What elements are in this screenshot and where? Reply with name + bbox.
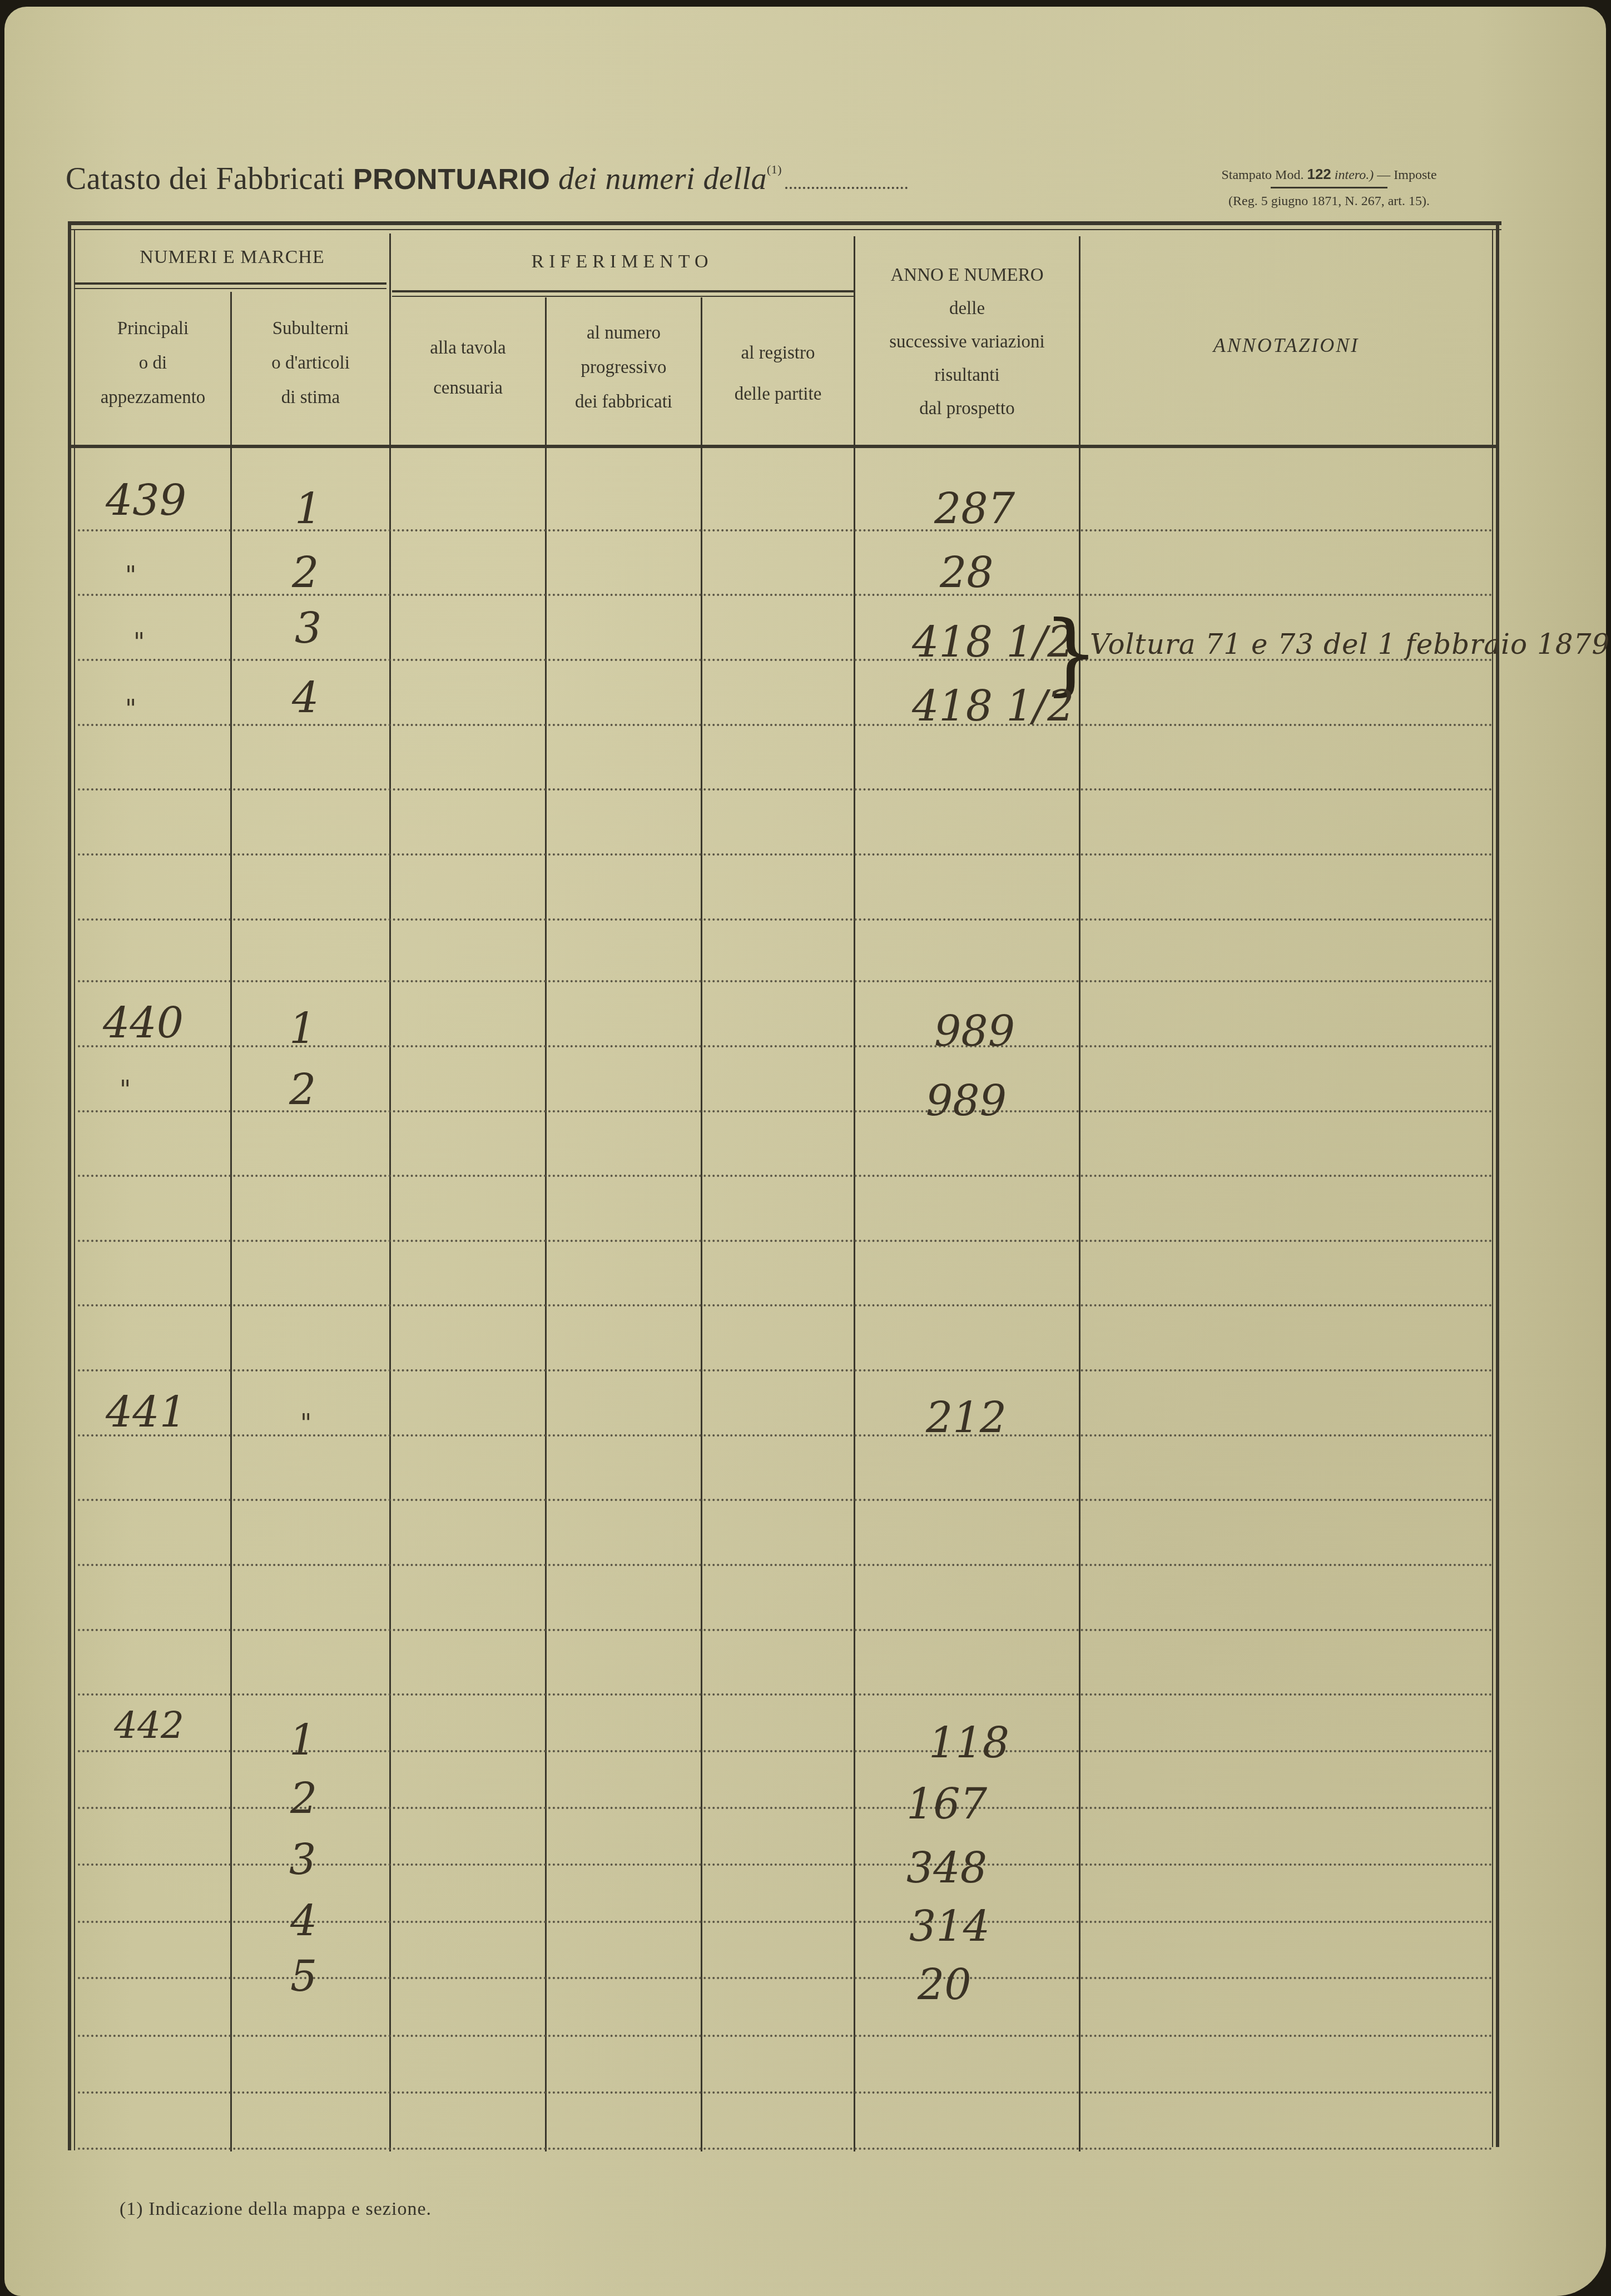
row-rule — [78, 853, 1493, 856]
entry-variazione: 989 — [926, 1076, 1007, 1125]
entry-variazione: 989 — [934, 1006, 1015, 1056]
table-left-border-thin — [74, 229, 75, 2150]
entry-principale-ditto: " — [133, 628, 145, 657]
entry-principale: 440 — [103, 998, 184, 1047]
col-header-registro-partite: al registro delle partite — [702, 332, 854, 415]
entry-variazione: 418 1/2 — [912, 681, 1074, 730]
title-prontuario: PRONTUARIO — [353, 163, 551, 196]
entry-subalterno: 5 — [290, 1951, 317, 2001]
imprint-imposte: — Imposte — [1377, 168, 1436, 182]
entry-subalterno: 3 — [295, 603, 321, 653]
header-bottom-rule — [71, 445, 1496, 448]
row-rule — [78, 1499, 1493, 1501]
row-rule — [78, 1434, 1493, 1437]
row-rule — [78, 1240, 1493, 1242]
row-rule — [78, 1369, 1493, 1371]
table-top-rule-thin — [68, 229, 1501, 230]
entry-variazione: 348 — [906, 1843, 987, 1892]
row-rule — [78, 1175, 1493, 1177]
group-header-riferimento: RIFERIMENTO — [391, 245, 854, 279]
row-rule — [78, 1693, 1493, 1696]
imprint-rule — [1271, 187, 1387, 188]
entry-subalterno-ditto: " — [300, 1409, 311, 1438]
entry-subalterno: 1 — [289, 1715, 316, 1765]
title-dei-numeri: dei numeri della — [558, 162, 767, 196]
title-footnote-ref: (1) — [767, 162, 782, 176]
entry-variazione: 118 — [929, 1718, 1009, 1767]
col-header-numero-progressivo: al numero progressivo dei fabbricati — [547, 316, 701, 419]
entry-variazione: 28 — [940, 548, 994, 597]
col-header-annotazioni: ANNOTAZIONI — [1080, 328, 1492, 362]
footnote: (1) Indicazione della mappa e sezione. — [120, 2199, 432, 2220]
row-rule — [78, 1629, 1493, 1631]
table-top-rule — [68, 221, 1501, 225]
imprint-prefix: Stampato Mod. — [1221, 168, 1303, 182]
imprint-intero: intero.) — [1335, 168, 1374, 182]
row-rule — [78, 788, 1493, 791]
entry-variazione: 287 — [934, 484, 1015, 533]
entry-annotazione: Voltura 71 e 73 del 1 febbraio 1879 — [1090, 628, 1610, 660]
entry-variazione: 167 — [906, 1779, 987, 1828]
entry-subalterno: 4 — [290, 1896, 317, 1945]
col-divider-3 — [545, 297, 547, 2151]
page-title: Catasto dei Fabbricati PRONTUARIO dei nu… — [66, 161, 908, 197]
entry-principale: 442 — [114, 1704, 184, 1747]
col-header-tavola-censuaria: alla tavola censuaria — [391, 328, 545, 408]
group-rule-riferimento — [392, 290, 854, 292]
entry-subalterno: 3 — [289, 1835, 316, 1884]
row-rule — [78, 724, 1493, 726]
entry-subalterno: 2 — [290, 1773, 317, 1823]
col-header-principali: Principali o di appezzamento — [75, 311, 231, 415]
group-header-numeri-e-marche: NUMERI E MARCHE — [75, 240, 389, 275]
col-divider-1 — [230, 292, 232, 2151]
row-rule — [78, 594, 1493, 596]
row-rule — [78, 529, 1493, 531]
entry-subalterno: 4 — [292, 673, 319, 722]
title-blank-field[interactable] — [785, 187, 908, 189]
entry-principale-ditto: " — [120, 1076, 131, 1104]
group-rule-numeri — [75, 282, 386, 285]
row-rule — [78, 1304, 1493, 1306]
col-header-subulterni: Subulterni o d'articoli di stima — [232, 311, 389, 415]
table-right-border — [1496, 221, 1499, 2147]
entry-principale-ditto: " — [125, 695, 136, 723]
entry-subalterno: 1 — [289, 1003, 316, 1053]
entry-principale: 441 — [106, 1387, 186, 1437]
row-rule — [78, 2148, 1493, 2150]
col-divider-4 — [701, 297, 702, 2151]
row-rule — [78, 2035, 1493, 2037]
row-rule — [78, 2091, 1493, 2094]
entry-subalterno: 2 — [292, 548, 319, 597]
imprint-model-number: 122 — [1307, 166, 1331, 182]
row-rule — [78, 1564, 1493, 1566]
entry-subalterno: 1 — [295, 484, 321, 533]
entry-principale: 439 — [106, 475, 186, 525]
table-left-border — [68, 221, 71, 2150]
entry-subalterno: 2 — [289, 1065, 316, 1114]
entry-principale-ditto: " — [125, 561, 136, 590]
entry-variazione: 212 — [926, 1393, 1007, 1442]
row-rule — [78, 980, 1493, 982]
table-right-border-thin — [1492, 229, 1493, 2147]
col-header-anno-numero: ANNO E NUMERO delle successive variazion… — [855, 259, 1079, 425]
imprint-regulation: (Reg. 5 giugno 1871, N. 267, art. 15). — [1173, 192, 1485, 211]
entry-variazione: 314 — [909, 1901, 990, 1951]
title-catasto: Catasto dei Fabbricati — [66, 162, 345, 196]
group-rule-numeri-thin — [75, 288, 386, 289]
row-rule — [78, 918, 1493, 921]
entry-variazione: 20 — [918, 1960, 971, 2009]
group-rule-riferimento-thin — [392, 296, 854, 297]
imprint-block: Stampato Mod. 122 intero.) — Imposte (Re… — [1173, 165, 1485, 211]
